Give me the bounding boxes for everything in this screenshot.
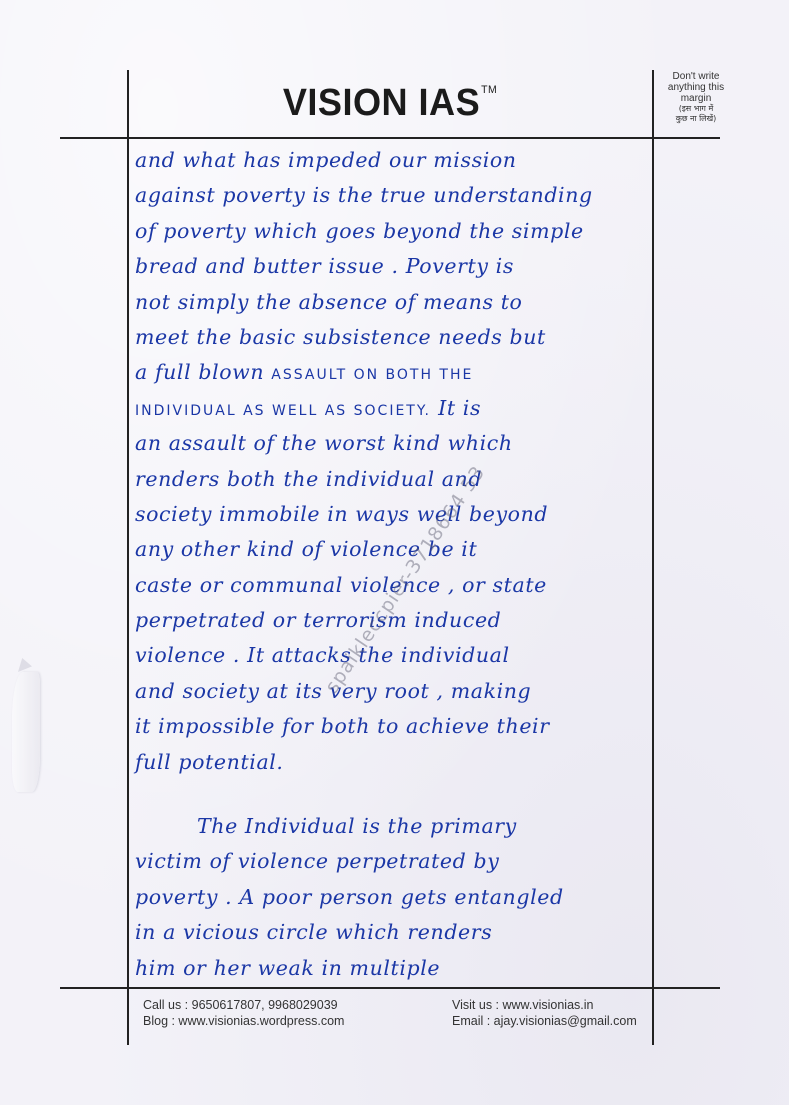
answer-text: It is [438,396,481,420]
footer-phone: Call us : 9650617807, 9968029039 [143,997,344,1013]
torn-paper-edge [12,672,40,792]
answer-line: any other kind of violence be it [135,532,655,567]
answer-line: The Individual is the primary [135,809,655,844]
paragraph-gap [135,780,655,809]
answer-line: and society at its very root , making [135,674,655,709]
answer-line: poverty . A poor person gets entangled [135,880,655,915]
answer-line: violence . It attacks the individual [135,638,655,673]
answer-line: him or her weak in multiple [135,951,655,986]
footer-website: Visit us : www.visionias.in [452,997,637,1013]
answer-caps-text: INDIVIDUAL AS WELL AS SOCIETY. [135,403,431,419]
margin-note-hindi: (इस भाग में [655,104,737,114]
brand-title: VISION IASTM [143,82,637,125]
answer-line: it impossible for both to achieve their [135,709,655,744]
footer-contact-left: Call us : 9650617807, 9968029039 Blog : … [143,997,344,1029]
handwritten-answer: and what has impeded our mission against… [135,143,655,986]
answer-line: full potential. [135,745,655,780]
margin-note-line: margin [655,93,737,104]
footer-blog: Blog : www.visionias.wordpress.com [143,1013,344,1029]
answer-line: an assault of the worst kind which [135,426,655,461]
answer-line: in a vicious circle which renders [135,915,655,950]
answer-caps-text: ASSAULT ON BOTH THE [271,367,473,383]
answer-line: meet the basic subsistence needs but [135,320,655,355]
margin-note: Don't write anything this margin (इस भाग… [655,71,737,124]
trademark-mark: TM [481,84,497,96]
answer-line: bread and butter issue . Poverty is [135,249,655,284]
left-margin-rule [127,70,129,1045]
margin-note-line: Don't write [655,71,737,82]
answer-line: victim of violence perpetrated by [135,844,655,879]
margin-note-line: anything this [655,82,737,93]
answer-text: a full blown [135,360,264,384]
answer-line: INDIVIDUAL AS WELL AS SOCIETY. It is [135,391,655,426]
brand-name: VISION IAS [283,82,480,124]
answer-line: and what has impeded our mission [135,143,655,178]
answer-line: of poverty which goes beyond the simple [135,214,655,249]
answer-line: a full blown ASSAULT ON BOTH THE [135,355,655,390]
answer-line: against poverty is the true understandin… [135,178,655,213]
answer-line: society immobile in ways well beyond [135,497,655,532]
footer-rule [60,987,720,989]
answer-line: not simply the absence of means to [135,285,655,320]
answer-line: renders both the individual and [135,462,655,497]
footer-contact-right: Visit us : www.visionias.in Email : ajay… [452,997,637,1029]
margin-note-hindi: कुछ ना लिखें) [655,114,737,124]
footer-email: Email : ajay.visionias@gmail.com [452,1013,637,1029]
header-rule [60,137,720,139]
